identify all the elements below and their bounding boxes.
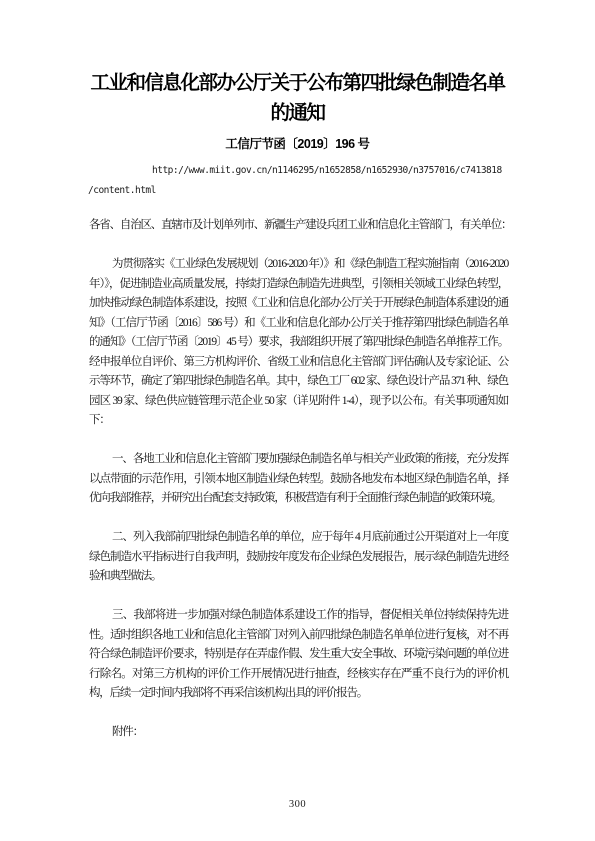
url-line-1: http://www.miit.gov.cn/n1146295/n1652858… xyxy=(88,161,508,181)
salutation: 各省、自治区、直辖市及计划单列市、新疆生产建设兵团工业和信息化主管部门，有关单位… xyxy=(89,216,508,236)
body-paragraph-item-3: 三、我部将进一步加强对绿色制造体系建设工作的指导，督促相关单位持续保持先进性。适… xyxy=(89,606,508,704)
title-line-2: 的通知 xyxy=(28,98,567,128)
document-body: 各省、自治区、直辖市及计划单列市、新疆生产建设兵团工业和信息化主管部门，有关单位… xyxy=(89,216,508,743)
title-line-1: 工业和信息化部办公厅关于公布第四批绿色制造名单 xyxy=(28,68,567,98)
body-paragraph-item-1: 一、各地工业和信息化主管部门要加强绿色制造名单与相关产业政策的衔接，充分发挥以点… xyxy=(89,450,508,509)
page-number: 300 xyxy=(0,799,595,810)
attachment-label: 附件： xyxy=(89,723,508,743)
document-url: http://www.miit.gov.cn/n1146295/n1652858… xyxy=(88,161,508,201)
body-paragraph-intro: 为贯彻落实《工业绿色发展规划（2016-2020 年）》和《绿色制造工程实施指南… xyxy=(89,255,508,431)
document-page: 工业和信息化部办公厅关于公布第四批绿色制造名单 的通知 工信厅节函〔2019〕1… xyxy=(0,0,595,841)
doc-number: 工信厅节函〔2019〕196 号 xyxy=(0,135,595,153)
page-title: 工业和信息化部办公厅关于公布第四批绿色制造名单 的通知 xyxy=(28,68,567,128)
url-line-2: /content.html xyxy=(88,181,508,201)
body-paragraph-item-2: 二、列入我部前四批绿色制造名单的单位，应于每年 4 月底前通过公开渠道对上一年度… xyxy=(89,528,508,587)
